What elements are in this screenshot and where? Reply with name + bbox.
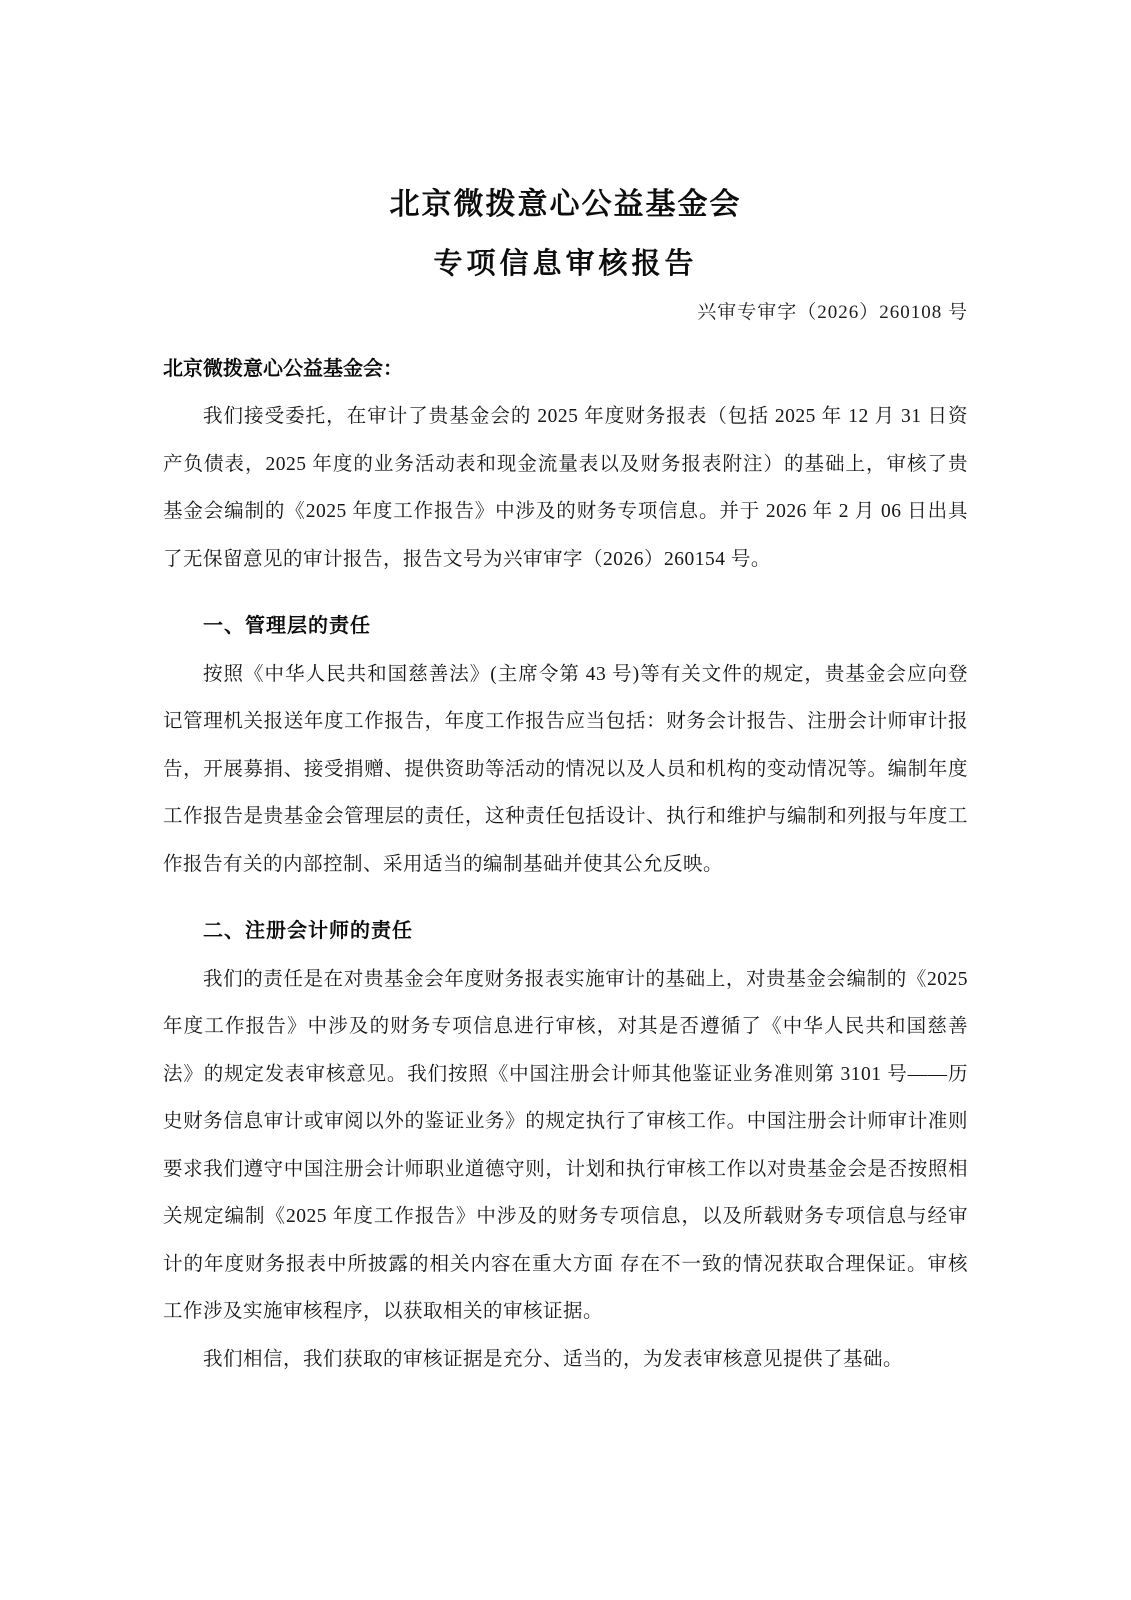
reference-number: 兴审专审字（2026）260108 号 — [163, 298, 968, 328]
salutation: 北京微拨意心公益基金会： — [163, 346, 968, 393]
section-2-heading: 二、注册会计师的责任 — [163, 908, 968, 956]
document-title-report-type: 专项信息审核报告 — [163, 248, 968, 280]
intro-paragraph: 我们接受委托，在审计了贵基金会的 2025 年度财务报表（包括 2025 年 1… — [163, 393, 968, 583]
section-1-heading: 一、管理层的责任 — [163, 603, 968, 651]
section-1-paragraph: 按照《中华人民共和国慈善法》(主席令第 43 号)等有关文件的规定，贵基金会应向… — [163, 651, 968, 889]
document-title-organization: 北京微拨意心公益基金会 — [163, 188, 968, 222]
section-2-paragraph-1: 我们的责任是在对贵基金会年度财务报表实施审计的基础上，对贵基金会编制的《2025… — [163, 956, 968, 1336]
section-2-paragraph-2: 我们相信，我们获取的审核证据是充分、适当的，为发表审核意见提供了基础。 — [163, 1336, 968, 1384]
audit-report-page: 北京微拨意心公益基金会 专项信息审核报告 兴审专审字（2026）260108 号… — [0, 0, 1131, 1600]
